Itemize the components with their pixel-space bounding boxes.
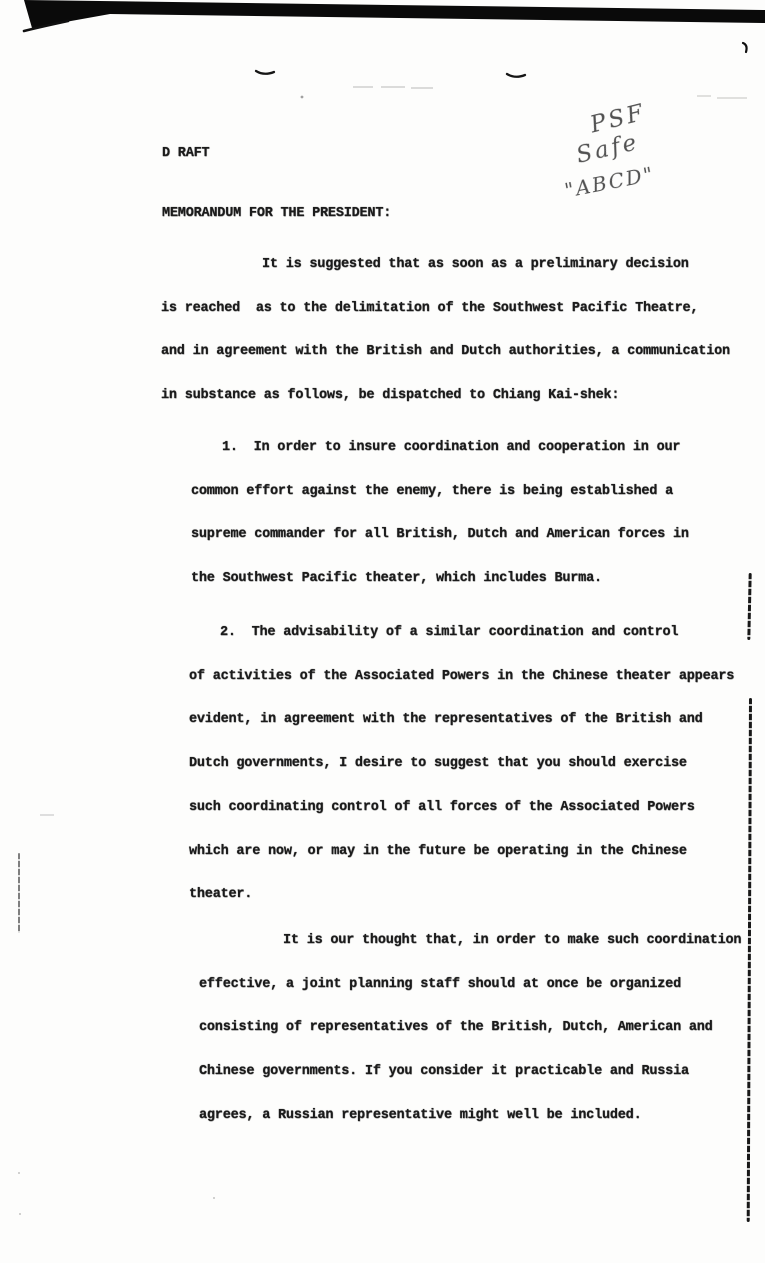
pen-tick-left: [256, 71, 274, 74]
memo-line: and in agreement with the British and Du…: [161, 330, 730, 374]
smudge-top-right: [697, 96, 747, 98]
paper-speck: [19, 1213, 21, 1215]
draft-label: D RAFT: [162, 146, 209, 162]
pen-mark-top-right: [743, 43, 747, 52]
memo-line: effective, a joint planning staff should…: [199, 963, 741, 1007]
memo-line: agrees, a Russian representative might w…: [199, 1094, 741, 1138]
paper-speck: [18, 1172, 20, 1174]
handwritten-abcd: "ABCD": [563, 162, 657, 203]
intro-paragraph: It is suggested that as soon as a prelim…: [161, 243, 730, 418]
scanned-memo-page: PSF Safe "ABCD" D RAFT MEMORANDUM FOR TH…: [0, 0, 765, 1263]
closing-paragraph: It is our thought that, in order to make…: [199, 919, 741, 1138]
memo-line: theater.: [189, 873, 734, 917]
memo-line: such coordinating control of all forces …: [189, 786, 734, 830]
scan-edge-line-upper: [747, 573, 751, 640]
scan-top-band: [24, 0, 765, 28]
handwritten-safe: Safe: [574, 129, 642, 169]
memo-line: the Southwest Pacific theater, which inc…: [191, 557, 689, 601]
scan-edge-line-long: [747, 698, 752, 1222]
memo-heading: MEMORANDUM FOR THE PRESIDENT:: [162, 206, 391, 222]
memo-line: 2. The advisability of a similar coordin…: [189, 611, 734, 655]
memo-line: is reached as to the delimitation of the…: [161, 287, 730, 331]
numbered-paragraph-1: 1. In order to insure coordination and c…: [191, 426, 689, 601]
memo-line: consisting of representatives of the Bri…: [199, 1006, 741, 1050]
memo-line: It is suggested that as soon as a prelim…: [161, 243, 730, 287]
smudge-top-center: [353, 87, 433, 88]
numbered-paragraph-2: 2. The advisability of a similar coordin…: [189, 611, 734, 917]
memo-line: Chinese governments. If you consider it …: [199, 1050, 741, 1094]
memo-line: evident, in agreement with the represent…: [189, 698, 734, 742]
memo-line: supreme commander for all British, Dutch…: [191, 513, 689, 557]
memo-line: 1. In order to insure coordination and c…: [191, 426, 689, 470]
pen-stroke-top-left: [24, 21, 68, 31]
memo-line: common effort against the enemy, there i…: [191, 470, 689, 514]
ink-dot: [301, 96, 304, 99]
scan-edge-line-left: [18, 853, 20, 933]
paper-speck: [213, 1197, 215, 1199]
memo-line: which are now, or may in the future be o…: [189, 830, 734, 874]
memo-line: in substance as follows, be dispatched t…: [161, 374, 730, 418]
memo-line: Dutch governments, I desire to suggest t…: [189, 742, 734, 786]
memo-line: of activities of the Associated Powers i…: [189, 655, 734, 699]
memo-line: It is our thought that, in order to make…: [199, 919, 741, 963]
pen-tick-right: [507, 74, 525, 77]
